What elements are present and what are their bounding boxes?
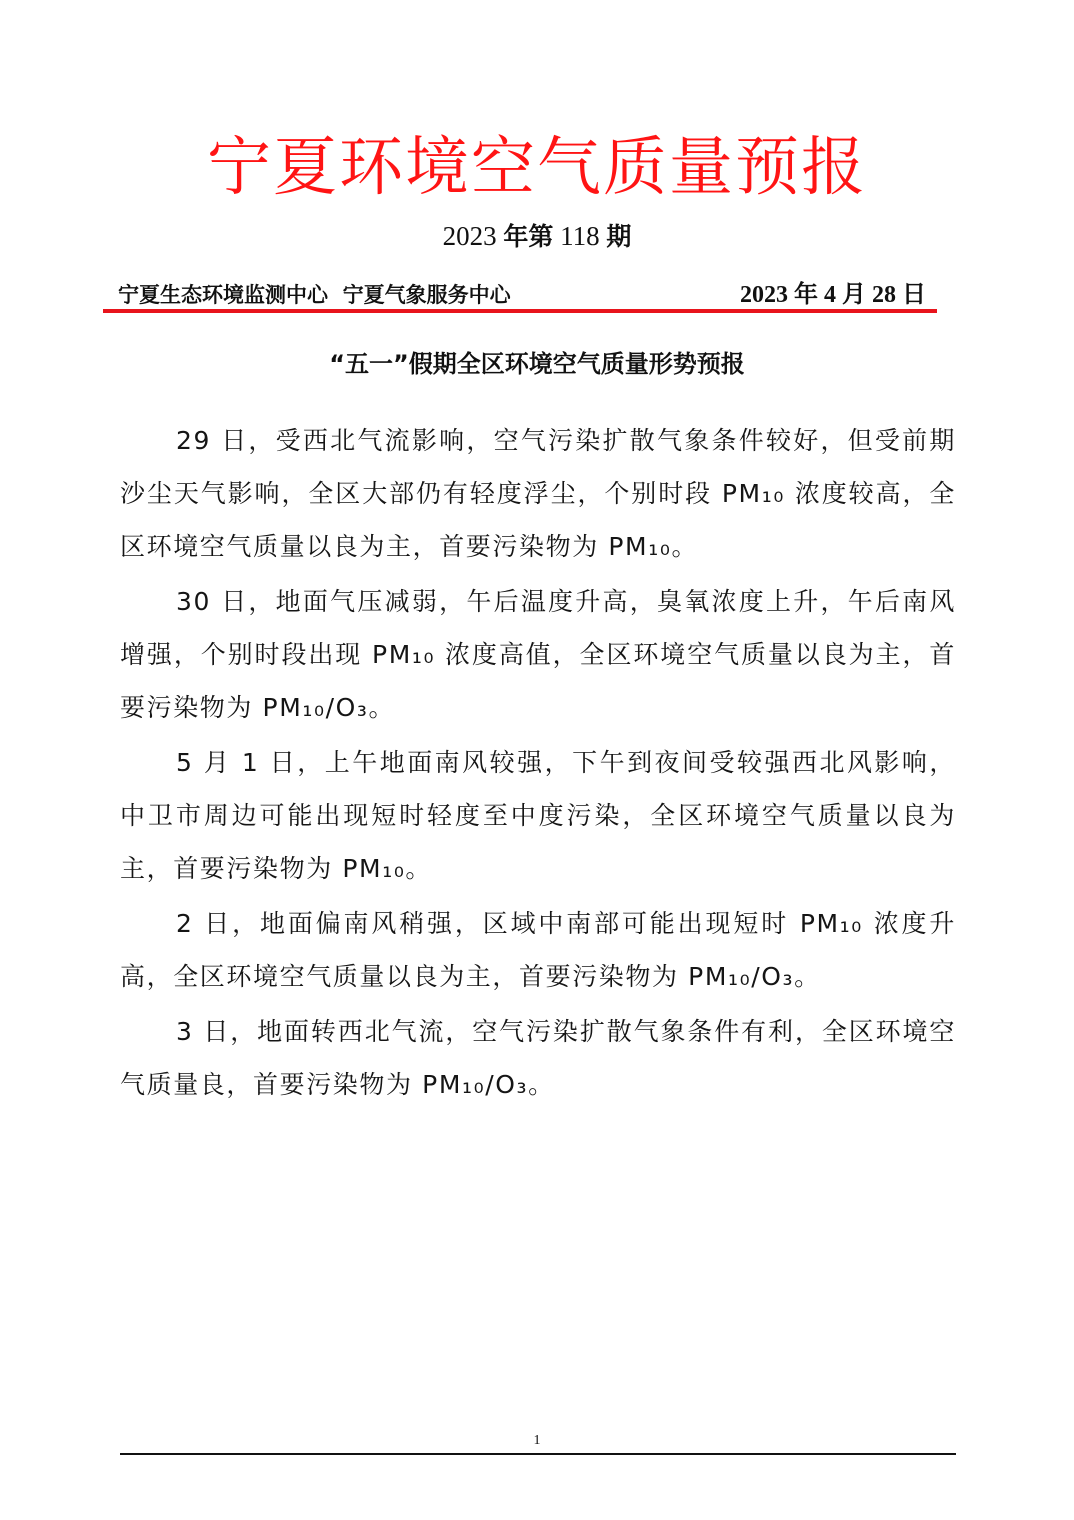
forecast-body: 29 日，受西北气流影响，空气污染扩散气象条件较好，但受前期沙尘天气影响，全区大… [120, 414, 956, 1111]
issue-num-suffix: 期 [606, 222, 631, 251]
masthead-title: 宁夏环境空气质量预报 [0, 128, 1074, 208]
footer-divider [120, 1453, 956, 1455]
page-number: 1 [0, 1432, 1074, 1450]
document-title: “五一”假期全区环境空气质量形势预报 [0, 344, 1074, 384]
issue-number: 2023 年第 118 期 [0, 218, 1074, 255]
issue-num: 118 [560, 221, 600, 251]
issue-date: 2023 年 4 月 28 日 [740, 280, 926, 310]
paragraph-day-29: 29 日，受西北气流影响，空气污染扩散气象条件较好，但受前期沙尘天气影响，全区大… [120, 414, 956, 573]
issue-year: 2023 [443, 221, 497, 251]
red-divider [103, 309, 937, 313]
issuing-agencies: 宁夏生态环境监测中心 宁夏气象服务中心 [118, 280, 511, 310]
issue-year-suffix: 年第 [503, 222, 553, 251]
issuer-row: 宁夏生态环境监测中心 宁夏气象服务中心 2023 年 4 月 28 日 [118, 280, 926, 310]
paragraph-day-2: 2 日，地面偏南风稍强，区域中南部可能出现短时 PM₁₀ 浓度升高，全区环境空气… [120, 897, 956, 1003]
paragraph-day-3: 3 日，地面转西北气流，空气污染扩散气象条件有利，全区环境空气质量良，首要污染物… [120, 1005, 956, 1111]
paragraph-may-1: 5 月 1 日，上午地面南风较强，下午到夜间受较强西北风影响，中卫市周边可能出现… [120, 736, 956, 895]
paragraph-day-30: 30 日，地面气压减弱，午后温度升高，臭氧浓度上升，午后南风增强，个别时段出现 … [120, 575, 956, 734]
